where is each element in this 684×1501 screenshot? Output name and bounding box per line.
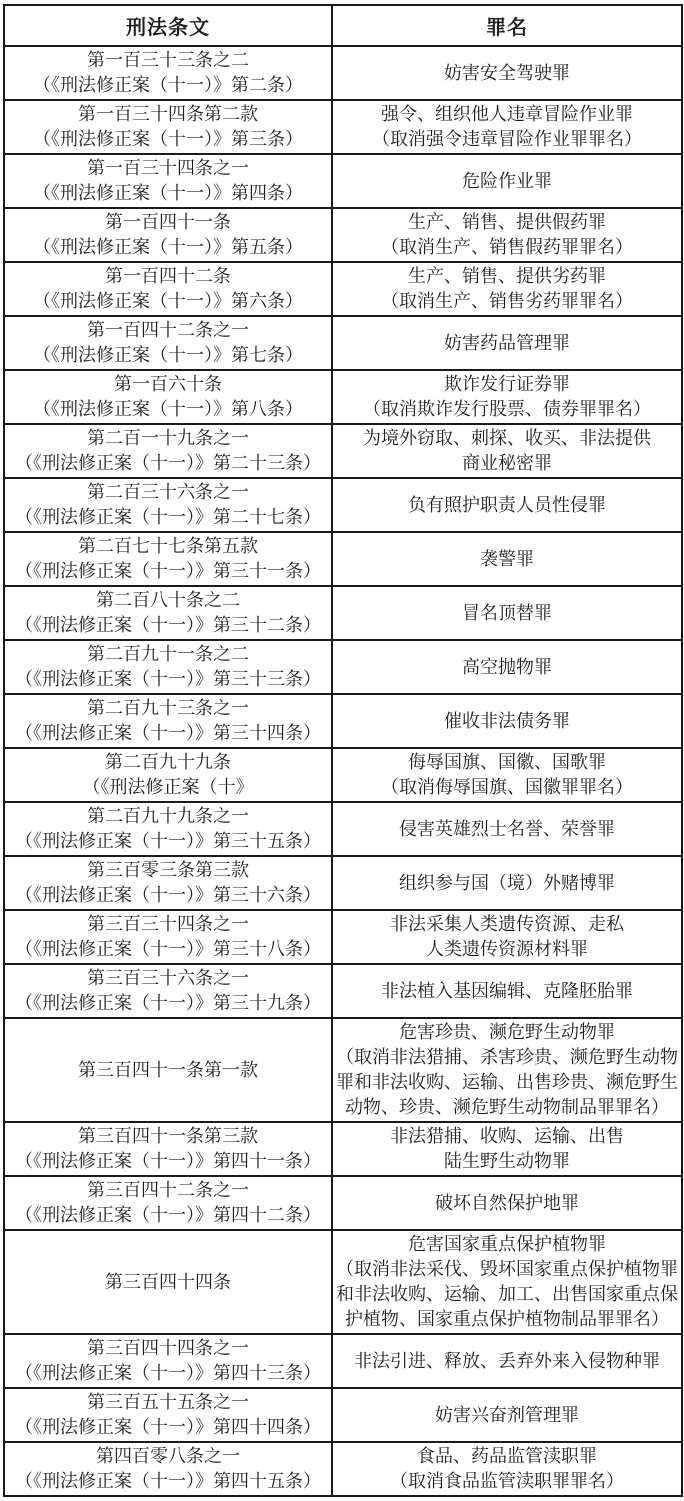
article-cell: 第二百七十七条第五款（《刑法修正案（十一）》第三十一条）	[4, 532, 332, 586]
article-cell: 第一百四十一条（《刑法修正案（十一）》第五条）	[4, 208, 332, 262]
article-cell: 第三百五十五条之一（《刑法修正案（十一）》第四十四条）	[4, 1388, 332, 1442]
article-cell: 第三百三十四条之一（《刑法修正案（十一）》第三十八条）	[4, 910, 332, 964]
cell-line: 第一百四十一条	[7, 210, 329, 235]
article-cell: 第二百九十三条之一（《刑法修正案（十一）》第三十四条）	[4, 694, 332, 748]
cell-line: 第三百四十一条第三款	[7, 1124, 329, 1149]
article-cell: 第一百三十四条第二款（《刑法修正案（十一）》第三条）	[4, 100, 332, 154]
article-cell: 第一百四十二条（《刑法修正案（十一）》第六条）	[4, 262, 332, 316]
table-row: 第二百一十九条之一（《刑法修正案（十一）》第二十三条）为境外窃取、刺探、收买、非…	[4, 424, 682, 478]
article-cell: 第一百三十三条之二（《刑法修正案（十一）》第二条）	[4, 46, 332, 100]
cell-line: 侵害英雄烈士名誉、荣誉罪	[335, 817, 679, 842]
cell-line: 负有照护职责人员性侵罪	[335, 493, 679, 518]
table-row: 第二百九十九条之一（《刑法修正案（十一）》第三十五条）侵害英雄烈士名誉、荣誉罪	[4, 802, 682, 856]
cell-line: 生产、销售、提供假药罪	[335, 210, 679, 235]
cell-line: 和非法收购、运输、加工、出售国家重点保	[335, 1282, 679, 1307]
cell-line: 第三百三十六条之一	[7, 966, 329, 991]
article-cell: 第四百零八条之一（《刑法修正案（十一）》第四十五条）	[4, 1442, 332, 1496]
cell-line: （《刑法修正案（十一）》第二条）	[7, 73, 329, 98]
cell-line: （《刑法修正案（十一）》第二十三条）	[7, 451, 329, 476]
cell-line: （《刑法修正案（十一）》第四十三条）	[7, 1361, 329, 1386]
crime-cell: 危害国家重点保护植物罪（取消非法采伐、毁坏国家重点保护植物罪和非法收购、运输、加…	[332, 1230, 682, 1334]
table-row: 第一百四十二条之一（《刑法修正案（十一）》第七条）妨害药品管理罪	[4, 316, 682, 370]
crime-cell: 生产、销售、提供劣药罪（取消生产、销售劣药罪罪名）	[332, 262, 682, 316]
cell-line: 强令、组织他人违章冒险作业罪	[335, 102, 679, 127]
cell-line: 动物、珍贵、濒危野生动物制品罪罪名）	[335, 1095, 679, 1120]
column-header-article: 刑法条文	[4, 5, 332, 46]
table-body: 第一百三十三条之二（《刑法修正案（十一）》第二条）妨害安全驾驶罪第一百三十四条第…	[4, 46, 682, 1496]
crime-cell: 侮辱国旗、国徽、国歌罪（取消侮辱国旗、国徽罪罪名）	[332, 748, 682, 802]
cell-line: 第一百三十四条之一	[7, 156, 329, 181]
cell-line: 破坏自然保护地罪	[335, 1191, 679, 1216]
table-row: 第二百九十三条之一（《刑法修正案（十一）》第三十四条）催收非法债务罪	[4, 694, 682, 748]
article-cell: 第二百九十一条之二（《刑法修正案（十一）》第三十三条）	[4, 640, 332, 694]
cell-line: 危害珍贵、濒危野生动物罪	[335, 1020, 679, 1045]
cell-line: （《刑法修正案（十一）》第三十五条）	[7, 829, 329, 854]
cell-line: （《刑法修正案（十一）》第三十八条）	[7, 937, 329, 962]
cell-line: （《刑法修正案（十一）》第四十五条）	[7, 1469, 329, 1494]
crime-cell: 妨害兴奋剂管理罪	[332, 1388, 682, 1442]
article-cell: 第二百八十条之二（《刑法修正案（十一）》第三十二条）	[4, 586, 332, 640]
cell-line: 第二百八十条之二	[7, 588, 329, 613]
cell-line: 第二百九十一条之二	[7, 642, 329, 667]
table-row: 第二百七十七条第五款（《刑法修正案（十一）》第三十一条）袭警罪	[4, 532, 682, 586]
table-row: 第一百三十三条之二（《刑法修正案（十一）》第二条）妨害安全驾驶罪	[4, 46, 682, 100]
crime-cell: 非法采集人类遗传资源、走私人类遗传资源材料罪	[332, 910, 682, 964]
crime-cell: 生产、销售、提供假药罪（取消生产、销售假药罪罪名）	[332, 208, 682, 262]
table-row: 第一百六十条（《刑法修正案（十一）》第八条）欺诈发行证券罪（取消欺诈发行股票、债…	[4, 370, 682, 424]
cell-line: （《刑法修正案（十一）》第三十一条）	[7, 559, 329, 584]
article-cell: 第一百四十二条之一（《刑法修正案（十一）》第七条）	[4, 316, 332, 370]
table-row: 第三百四十四条之一（《刑法修正案（十一）》第四十三条）非法引进、释放、丢弃外来入…	[4, 1334, 682, 1388]
cell-line: 第三百零三条第三款	[7, 858, 329, 883]
cell-line: 生产、销售、提供劣药罪	[335, 264, 679, 289]
cell-line: 危害国家重点保护植物罪	[335, 1232, 679, 1257]
crime-cell: 高空抛物罪	[332, 640, 682, 694]
article-cell: 第二百三十六条之一（《刑法修正案（十一）》第二十七条）	[4, 478, 332, 532]
cell-line: 第二百三十六条之一	[7, 480, 329, 505]
cell-line: 第一百四十二条之一	[7, 318, 329, 343]
cell-line: 妨害兴奋剂管理罪	[335, 1403, 679, 1428]
table-row: 第三百四十四条危害国家重点保护植物罪（取消非法采伐、毁坏国家重点保护植物罪和非法…	[4, 1230, 682, 1334]
cell-line: （取消生产、销售劣药罪罪名）	[335, 289, 679, 314]
cell-line: （《刑法修正案（十一）》第二十七条）	[7, 505, 329, 530]
cell-line: （《刑法修正案（十一）》第三十六条）	[7, 883, 329, 908]
cell-line: 欺诈发行证券罪	[335, 372, 679, 397]
crime-cell: 食品、药品监管渎职罪（取消食品监管渎职罪罪名）	[332, 1442, 682, 1496]
crime-cell: 组织参与国（境）外赌博罪	[332, 856, 682, 910]
crime-cell: 妨害安全驾驶罪	[332, 46, 682, 100]
cell-line: 非法采集人类遗传资源、走私	[335, 912, 679, 937]
table-row: 第一百四十一条（《刑法修正案（十一）》第五条）生产、销售、提供假药罪（取消生产、…	[4, 208, 682, 262]
column-header-crime: 罪名	[332, 5, 682, 46]
cell-line: 罪和非法收购、运输、出售珍贵、濒危野生	[335, 1070, 679, 1095]
cell-line: 危险作业罪	[335, 169, 679, 194]
table-row: 第一百四十二条（《刑法修正案（十一）》第六条）生产、销售、提供劣药罪（取消生产、…	[4, 262, 682, 316]
cell-line: （《刑法修正案（十一）》第四十一条）	[7, 1149, 329, 1174]
criminal-law-articles-table: 刑法条文 罪名 第一百三十三条之二（《刑法修正案（十一）》第二条）妨害安全驾驶罪…	[3, 4, 683, 1497]
cell-line: （《刑法修正案（十一）》第三十三条）	[7, 667, 329, 692]
crime-cell: 冒名顶替罪	[332, 586, 682, 640]
cell-line: 妨害安全驾驶罪	[335, 61, 679, 86]
cell-line: （《刑法修正案（十一）》第三十九条）	[7, 991, 329, 1016]
cell-line: 非法猎捕、收购、运输、出售	[335, 1124, 679, 1149]
cell-line: （取消强令违章冒险作业罪罪名）	[335, 127, 679, 152]
cell-line: 护植物、国家重点保护植物制品罪罪名）	[335, 1307, 679, 1332]
crime-cell: 欺诈发行证券罪（取消欺诈发行股票、债券罪罪名）	[332, 370, 682, 424]
table-row: 第一百三十四条第二款（《刑法修正案（十一）》第三条）强令、组织他人违章冒险作业罪…	[4, 100, 682, 154]
article-cell: 第三百三十六条之一（《刑法修正案（十一）》第三十九条）	[4, 964, 332, 1018]
table-row: 第四百零八条之一（《刑法修正案（十一）》第四十五条）食品、药品监管渎职罪（取消食…	[4, 1442, 682, 1496]
cell-line: 组织参与国（境）外赌博罪	[335, 871, 679, 896]
table-row: 第三百零三条第三款（《刑法修正案（十一）》第三十六条）组织参与国（境）外赌博罪	[4, 856, 682, 910]
cell-line: 第二百一十九条之一	[7, 426, 329, 451]
cell-line: 第三百四十四条之一	[7, 1336, 329, 1361]
cell-line: 第二百九十三条之一	[7, 696, 329, 721]
cell-line: 冒名顶替罪	[335, 601, 679, 626]
table-row: 第三百四十二条之一（《刑法修正案（十一）》第四十二条）破坏自然保护地罪	[4, 1176, 682, 1230]
table-row: 第二百三十六条之一（《刑法修正案（十一）》第二十七条）负有照护职责人员性侵罪	[4, 478, 682, 532]
cell-line: 第三百四十一条第一款	[7, 1058, 329, 1083]
cell-line: 第一百四十二条	[7, 264, 329, 289]
crime-cell: 为境外窃取、刺探、收买、非法提供商业秘密罪	[332, 424, 682, 478]
crime-cell: 危险作业罪	[332, 154, 682, 208]
article-cell: 第二百九十九条（《刑法修正案（十》	[4, 748, 332, 802]
cell-line: （取消侮辱国旗、国徽罪罪名）	[335, 775, 679, 800]
article-cell: 第二百一十九条之一（《刑法修正案（十一）》第二十三条）	[4, 424, 332, 478]
crime-cell: 危害珍贵、濒危野生动物罪（取消非法猎捕、杀害珍贵、濒危野生动物罪和非法收购、运输…	[332, 1018, 682, 1122]
crime-cell: 强令、组织他人违章冒险作业罪（取消强令违章冒险作业罪罪名）	[332, 100, 682, 154]
cell-line: （《刑法修正案（十一）》第三十二条）	[7, 613, 329, 638]
cell-line: （取消非法采伐、毁坏国家重点保护植物罪	[335, 1257, 679, 1282]
article-cell: 第三百四十四条之一（《刑法修正案（十一）》第四十三条）	[4, 1334, 332, 1388]
cell-line: 第三百四十二条之一	[7, 1178, 329, 1203]
table-row: 第三百三十四条之一（《刑法修正案（十一）》第三十八条）非法采集人类遗传资源、走私…	[4, 910, 682, 964]
cell-line: 第三百三十四条之一	[7, 912, 329, 937]
table-header-row: 刑法条文 罪名	[4, 5, 682, 46]
cell-line: 人类遗传资源材料罪	[335, 937, 679, 962]
cell-line: 第一百三十四条第二款	[7, 102, 329, 127]
cell-line: （《刑法修正案（十一）》第八条）	[7, 397, 329, 422]
crime-cell: 负有照护职责人员性侵罪	[332, 478, 682, 532]
cell-line: 第三百五十五条之一	[7, 1390, 329, 1415]
cell-line: （取消食品监管渎职罪罪名）	[335, 1469, 679, 1494]
table-row: 第三百五十五条之一（《刑法修正案（十一）》第四十四条）妨害兴奋剂管理罪	[4, 1388, 682, 1442]
cell-line: 第一百六十条	[7, 372, 329, 397]
table-row: 第二百九十一条之二（《刑法修正案（十一）》第三十三条）高空抛物罪	[4, 640, 682, 694]
article-cell: 第三百四十一条第一款	[4, 1018, 332, 1122]
table-row: 第三百四十一条第三款（《刑法修正案（十一）》第四十一条）非法猎捕、收购、运输、出…	[4, 1122, 682, 1176]
crime-cell: 侵害英雄烈士名誉、荣誉罪	[332, 802, 682, 856]
cell-line: 妨害药品管理罪	[335, 331, 679, 356]
cell-line: （取消生产、销售假药罪罪名）	[335, 235, 679, 260]
article-cell: 第三百零三条第三款（《刑法修正案（十一）》第三十六条）	[4, 856, 332, 910]
cell-line: 侮辱国旗、国徽、国歌罪	[335, 750, 679, 775]
cell-line: 第三百四十四条	[7, 1270, 329, 1295]
table-row: 第三百四十一条第一款危害珍贵、濒危野生动物罪（取消非法猎捕、杀害珍贵、濒危野生动…	[4, 1018, 682, 1122]
crime-cell: 袭警罪	[332, 532, 682, 586]
cell-line: 高空抛物罪	[335, 655, 679, 680]
crime-cell: 破坏自然保护地罪	[332, 1176, 682, 1230]
cell-line: （《刑法修正案（十一）》第七条）	[7, 343, 329, 368]
table-row: 第二百八十条之二（《刑法修正案（十一）》第三十二条）冒名顶替罪	[4, 586, 682, 640]
table-row: 第三百三十六条之一（《刑法修正案（十一）》第三十九条）非法植入基因编辑、克隆胚胎…	[4, 964, 682, 1018]
cell-line: 催收非法债务罪	[335, 709, 679, 734]
cell-line: （《刑法修正案（十》	[7, 775, 329, 800]
article-cell: 第一百三十四条之一（《刑法修正案（十一）》第四条）	[4, 154, 332, 208]
cell-line: （《刑法修正案（十一）》第五条）	[7, 235, 329, 260]
cell-line: （取消非法猎捕、杀害珍贵、濒危野生动物	[335, 1045, 679, 1070]
cell-line: 第四百零八条之一	[7, 1444, 329, 1469]
article-cell: 第三百四十二条之一（《刑法修正案（十一）》第四十二条）	[4, 1176, 332, 1230]
crime-cell: 妨害药品管理罪	[332, 316, 682, 370]
crime-cell: 非法引进、释放、丢弃外来入侵物种罪	[332, 1334, 682, 1388]
cell-line: 食品、药品监管渎职罪	[335, 1444, 679, 1469]
cell-line: 袭警罪	[335, 547, 679, 572]
cell-line: 为境外窃取、刺探、收买、非法提供	[335, 426, 679, 451]
cell-line: （《刑法修正案（十一）》第四十四条）	[7, 1415, 329, 1440]
cell-line: 非法植入基因编辑、克隆胚胎罪	[335, 979, 679, 1004]
cell-line: （《刑法修正案（十一）》第三条）	[7, 127, 329, 152]
table-row: 第二百九十九条（《刑法修正案（十》侮辱国旗、国徽、国歌罪（取消侮辱国旗、国徽罪罪…	[4, 748, 682, 802]
cell-line: 非法引进、释放、丢弃外来入侵物种罪	[335, 1349, 679, 1374]
cell-line: 第二百九十九条	[7, 750, 329, 775]
cell-line: （《刑法修正案（十一）》第三十四条）	[7, 721, 329, 746]
cell-line: （《刑法修正案（十一）》第四十二条）	[7, 1203, 329, 1228]
crime-cell: 催收非法债务罪	[332, 694, 682, 748]
cell-line: 陆生野生动物罪	[335, 1149, 679, 1174]
article-cell: 第一百六十条（《刑法修正案（十一）》第八条）	[4, 370, 332, 424]
table-row: 第一百三十四条之一（《刑法修正案（十一）》第四条）危险作业罪	[4, 154, 682, 208]
cell-line: 商业秘密罪	[335, 451, 679, 476]
article-cell: 第二百九十九条之一（《刑法修正案（十一）》第三十五条）	[4, 802, 332, 856]
crime-cell: 非法猎捕、收购、运输、出售陆生野生动物罪	[332, 1122, 682, 1176]
cell-line: （取消欺诈发行股票、债券罪罪名）	[335, 397, 679, 422]
cell-line: 第二百七十七条第五款	[7, 534, 329, 559]
article-cell: 第三百四十四条	[4, 1230, 332, 1334]
crime-cell: 非法植入基因编辑、克隆胚胎罪	[332, 964, 682, 1018]
cell-line: 第一百三十三条之二	[7, 48, 329, 73]
cell-line: （《刑法修正案（十一）》第六条）	[7, 289, 329, 314]
article-cell: 第三百四十一条第三款（《刑法修正案（十一）》第四十一条）	[4, 1122, 332, 1176]
cell-line: （《刑法修正案（十一）》第四条）	[7, 181, 329, 206]
cell-line: 第二百九十九条之一	[7, 804, 329, 829]
